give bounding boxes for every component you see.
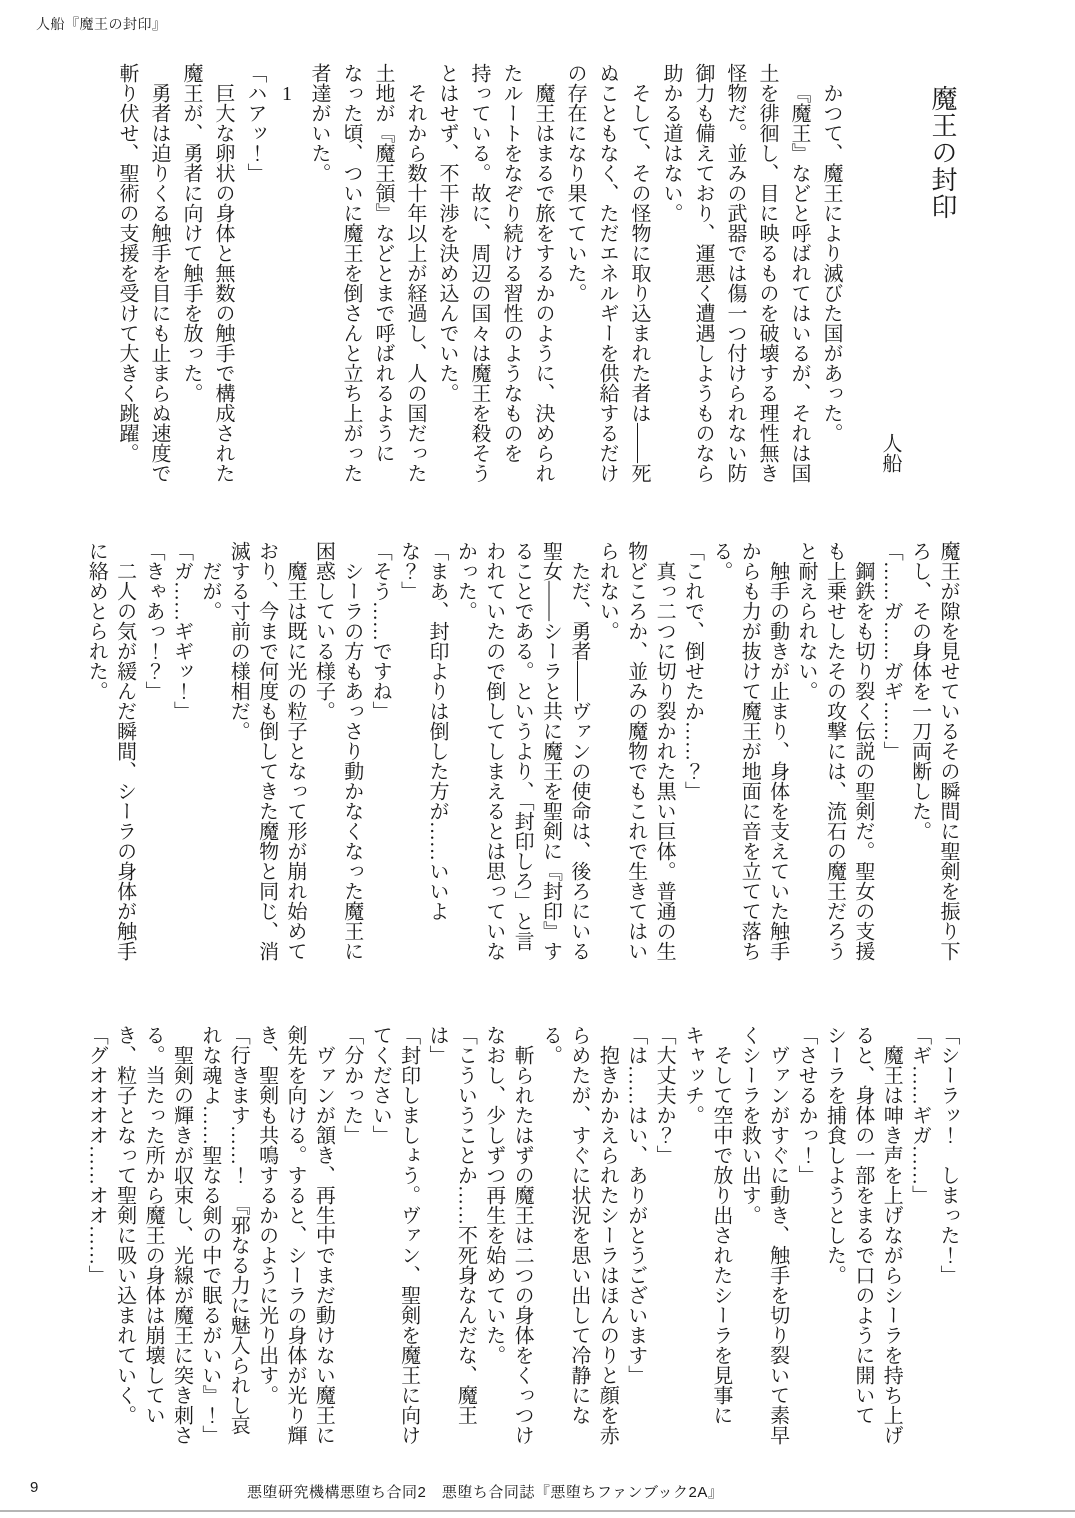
- dialogue-paragraph: 「行きます……！ 『邪なる力に魅入られし哀れな魂よ……聖なる剣の中で眠るがいい』…: [195, 1025, 252, 1445]
- paragraph: それから数十年以上が経過し、人の国だった土地が『魔王領』などとまで呼ばれるように…: [303, 63, 431, 483]
- dialogue-paragraph: 「させるかっ！」: [792, 1025, 820, 1445]
- paragraph: 聖剣の輝きが収束し、光線が魔王に突き刺さる。当たった所から魔王の身体は崩壊してい…: [110, 1025, 195, 1445]
- paragraph: そして空中で放り出されたシーラを見事にキャッチ。: [678, 1025, 735, 1445]
- section-number: 1: [271, 63, 303, 483]
- paragraph: かつて、魔王により滅びた国があった。: [815, 63, 847, 483]
- paragraph: 鋼鉄をも切り裂く伝説の聖剣だ。聖女の支援も上乗せしたその攻撃には、流石の魔王だろ…: [792, 541, 877, 961]
- paragraph: 魔王はまるで旅をするかのように、決められたルートをなぞり続ける習性のようなものを…: [431, 63, 559, 483]
- paragraph: 『魔王』などと呼ばれてはいるが、それは国土を徘徊し、目に映るものを破壊する理性無…: [655, 63, 815, 483]
- dialogue-paragraph: 「大丈夫か？」: [650, 1025, 678, 1445]
- dialogue-paragraph: 「こういうことか……不死身なんだな、魔王は」: [423, 1025, 480, 1445]
- paragraph: 真っ二つに切り裂かれた黒い巨体。普通の生物どころか、並みの魔物でもこれで生きては…: [593, 541, 678, 961]
- dialogue-paragraph: 「は……はい、ありがとうございます」: [621, 1025, 649, 1445]
- paragraph: 二人の気が緩んだ瞬間、シーラの身体が触手に絡めとられた。: [82, 541, 139, 961]
- paragraph: 魔王は既に光の粒子となって形が崩れ始めており、今まで何度も倒してきた魔物と同じ、…: [224, 541, 309, 961]
- page-number: 9: [30, 1479, 38, 1496]
- dialogue-paragraph: 「きゃあっ！？」: [139, 541, 167, 961]
- paragraph: そして、その怪物に取り込まれた者は――死ぬこともなく、ただエネルギーを供給するだ…: [559, 63, 655, 483]
- paragraph: 勇者は迫りくる触手を目にも止まらぬ速度で斬り伏せ、聖術の支援を受けて大きく跳躍。: [111, 63, 175, 483]
- paragraph: だが。: [195, 541, 223, 961]
- dialogue-paragraph: 「ギ……ギガ……」: [905, 1025, 933, 1445]
- paragraph: 斬られたはずの魔王は二つの身体をくっつけなおし、少しずつ再生を始めていた。: [479, 1025, 536, 1445]
- dialogue-paragraph: 「これで、倒せたか……？」: [678, 541, 706, 961]
- dialogue-paragraph: 「まあ、封印よりは倒した方が……いいよな？」: [394, 541, 451, 961]
- dialogue-paragraph: 「分かった」: [337, 1025, 365, 1445]
- dialogue-paragraph: 「シーラッ！ しまった！」: [934, 1025, 962, 1445]
- dialogue-paragraph: 「ハアッ！」: [239, 63, 271, 483]
- paragraph: 巨大な卵状の身体と無数の触手で構成された魔王が、勇者に向けて触手を放った。: [175, 63, 239, 483]
- paragraph: 触手の動きが止まり、身体を支えていた触手からも力が抜けて魔王が地面に音を立てて落…: [706, 541, 791, 961]
- dialogue-paragraph: 「グオオオオ……オオ……」: [82, 1025, 110, 1445]
- paragraph: ヴァンが頷き、再生中でまだ動けない魔王に剣先を向ける。すると、シーラの身体が光り…: [252, 1025, 337, 1445]
- story-author: 人船: [875, 63, 905, 483]
- footer-credit: 悪堕研究機構悪堕ち合同2 悪堕ち合同誌『悪堕ちファンブック2A』: [247, 1481, 723, 1502]
- paragraph: シーラの方もあっさり動かなくなった魔王に困惑している様子。: [309, 541, 366, 961]
- dialogue-paragraph: 「封印しましょう。ヴァン、聖剣を魔王に向けてください」: [366, 1025, 423, 1445]
- paragraph: 抱きかかえられたシーラはほんのりと顔を赤らめたが、すぐに状況を思い出して冷静にな…: [536, 1025, 621, 1445]
- running-header: 人船『魔王の封印』: [36, 14, 167, 34]
- page-bottom-edge: [0, 1510, 1075, 1512]
- paragraph: ヴァンがすぐに動き、触手を切り裂いて素早くシーラを救い出す。: [735, 1025, 792, 1445]
- paragraph: 魔王は呻き声を上げながらシーラを持ち上げると、身体の一部をまるで口のように開いて…: [820, 1025, 905, 1445]
- text-band-1: 魔王の封印 人船 かつて、魔王により滅びた国があった。『魔王』などと呼ばれてはい…: [111, 63, 962, 483]
- text-band-3: 「シーラッ！ しまった！」「ギ……ギガ……」魔王は呻き声を上げながらシーラを持ち…: [82, 1025, 962, 1445]
- dialogue-paragraph: 「……ガ……ガギ……」: [877, 541, 905, 961]
- scanned-page: 人船『魔王の封印』 魔王の封印 人船 かつて、魔王により滅びた国があった。『魔王…: [0, 0, 1075, 1518]
- paragraph: ただ、勇者――ヴァンの使命は、後ろにいる聖女――シーラと共に魔王を聖剣に『封印』…: [451, 541, 593, 961]
- section-number-digit: 1: [276, 83, 298, 105]
- paragraph: 魔王が隙を見せているその瞬間に聖剣を振り下ろし、その身体を一刀両断した。: [905, 541, 962, 961]
- text-band-2: 魔王が隙を見せているその瞬間に聖剣を振り下ろし、その身体を一刀両断した。「……ガ…: [82, 541, 962, 961]
- title-area: 魔王の封印 人船: [875, 63, 962, 483]
- dialogue-paragraph: 「ガ……ギギッ！」: [167, 541, 195, 961]
- story-title: 魔王の封印: [923, 63, 962, 483]
- dialogue-paragraph: 「そう……ですね」: [366, 541, 394, 961]
